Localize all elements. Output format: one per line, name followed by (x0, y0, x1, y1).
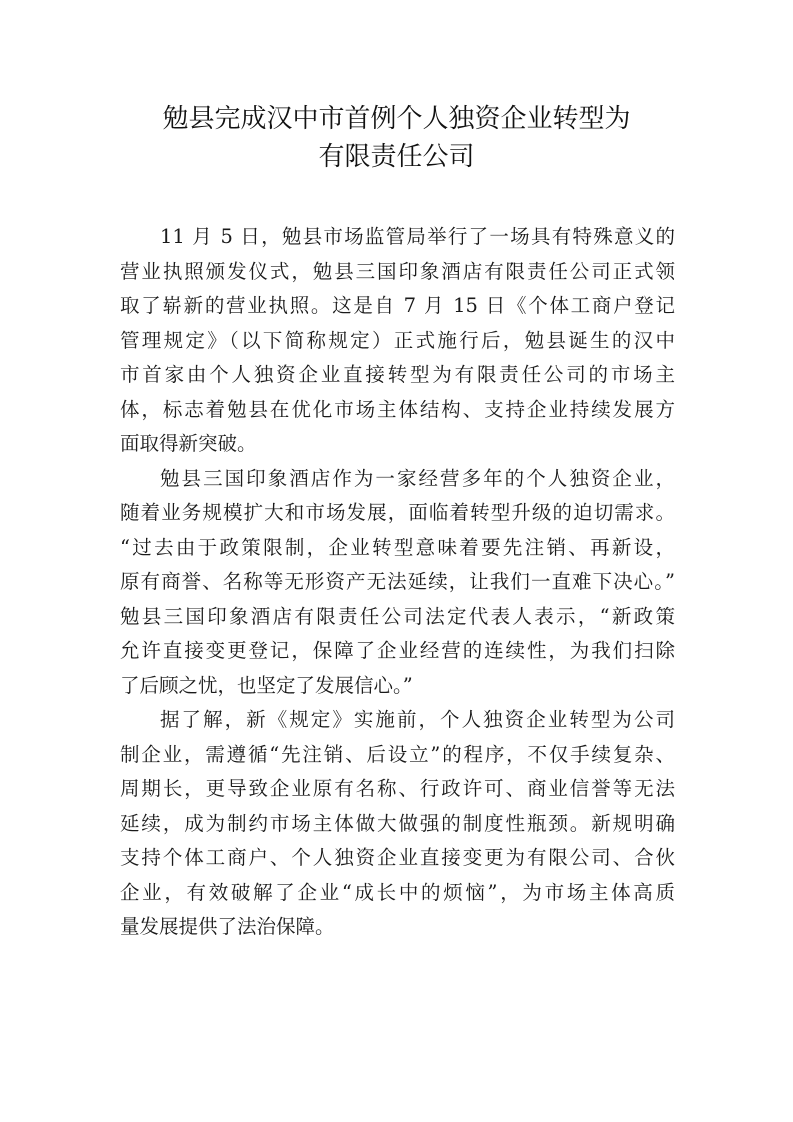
paragraph-1: 11 月 5 日，勉县市场监管局举行了一场具有特殊意义的 营业执照颁发仪式，勉县… (120, 220, 675, 462)
paragraph-line: “过去由于政策限制，企业转型意味着要先注销、再新设， (120, 531, 675, 566)
paragraph-line: 制企业，需遵循“先注销、后设立”的程序，不仅手续复杂、 (120, 738, 675, 773)
paragraph-line: 市首家由个人独资企业直接转型为有限责任公司的市场主 (120, 358, 675, 393)
document-page: 勉县完成汉中市首例个人独资企业转型为 有限责任公司 11 月 5 日，勉县市场监… (0, 0, 793, 1122)
title-line-2: 有限责任公司 (100, 138, 693, 176)
paragraph-line: 勉县三国印象酒店有限责任公司法定代表人表示，“新政策 (120, 600, 675, 635)
paragraph-line: 管理规定》（以下简称规定）正式施行后，勉县诞生的汉中 (120, 324, 675, 359)
paragraph-3: 据了解，新《规定》实施前，个人独资企业转型为公司 制企业，需遵循“先注销、后设立… (120, 703, 675, 945)
paragraph-line: 营业执照颁发仪式，勉县三国印象酒店有限责任公司正式领 (120, 255, 675, 290)
paragraph-line: 随着业务规模扩大和市场发展，面临着转型升级的迫切需求。 (120, 496, 675, 531)
paragraph-line: 原有商誉、名称等无形资产无法延续，让我们一直难下决心。” (120, 565, 675, 600)
paragraph-2: 勉县三国印象酒店作为一家经营多年的个人独资企业， 随着业务规模扩大和市场发展，面… (120, 462, 675, 704)
paragraph-line: 面取得新突破。 (120, 427, 675, 462)
paragraph-line: 允许直接变更登记，保障了企业经营的连续性，为我们扫除 (120, 634, 675, 669)
paragraph-line: 据了解，新《规定》实施前，个人独资企业转型为公司 (120, 703, 675, 738)
paragraph-line: 量发展提供了法治保障。 (120, 910, 675, 945)
paragraph-line: 周期长，更导致企业原有名称、行政许可、商业信誉等无法 (120, 772, 675, 807)
document-title: 勉县完成汉中市首例个人独资企业转型为 有限责任公司 (100, 100, 693, 176)
paragraph-line: 体，标志着勉县在优化市场主体结构、支持企业持续发展方 (120, 393, 675, 428)
paragraph-line: 企业，有效破解了企业“成长中的烦恼”，为市场主体高质 (120, 876, 675, 911)
title-line-1: 勉县完成汉中市首例个人独资企业转型为 (100, 100, 693, 138)
paragraph-line: 了后顾之忧，也坚定了发展信心。” (120, 669, 675, 704)
paragraph-line: 勉县三国印象酒店作为一家经营多年的个人独资企业， (120, 462, 675, 497)
paragraph-line: 支持个体工商户、个人独资企业直接变更为有限公司、合伙 (120, 841, 675, 876)
document-body: 11 月 5 日，勉县市场监管局举行了一场具有特殊意义的 营业执照颁发仪式，勉县… (120, 220, 675, 945)
paragraph-line: 11 月 5 日，勉县市场监管局举行了一场具有特殊意义的 (120, 220, 675, 255)
paragraph-line: 取了崭新的营业执照。这是自 7 月 15 日《个体工商户登记 (120, 289, 675, 324)
paragraph-line: 延续，成为制约市场主体做大做强的制度性瓶颈。新规明确 (120, 807, 675, 842)
